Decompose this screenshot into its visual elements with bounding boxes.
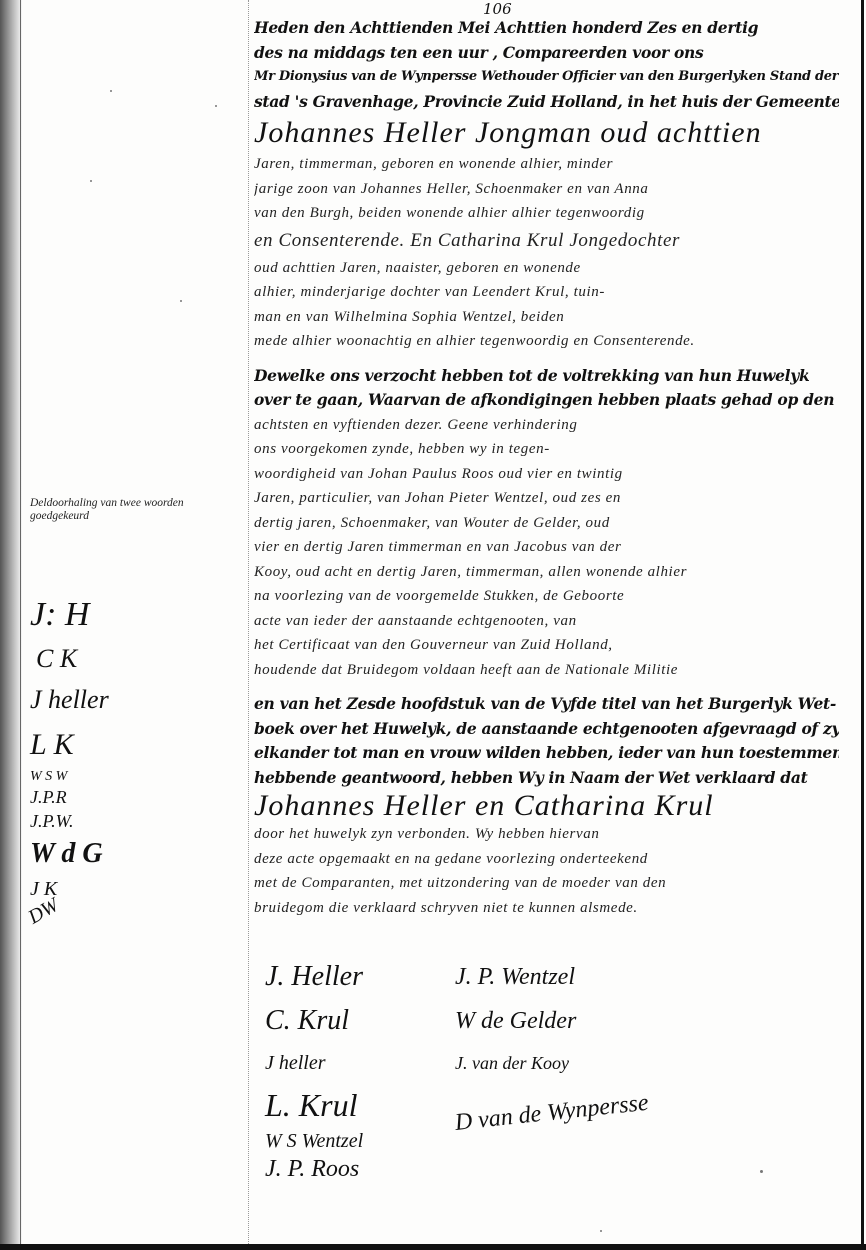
record-line: het Certificaat van den Gouverneur van Z… <box>254 633 839 658</box>
binding-line <box>20 0 21 1250</box>
record-line: Mr Dionysius van de Wynpersse Wethouder … <box>254 65 839 90</box>
signatures-left-column: J. Heller C. Krul J heller L. Krul W S W… <box>265 955 363 1183</box>
page-bottom-edge <box>0 1244 866 1250</box>
record-line: met de Comparanten, met uitzondering van… <box>254 871 839 896</box>
margin-initial: J.P.W. <box>30 808 150 834</box>
record-line: oud achttien Jaren, naaister, geboren en… <box>254 256 839 281</box>
record-line: acte van ieder der aanstaande echtgenoot… <box>254 609 839 634</box>
witness-line: Kooy, oud acht en dertig Jaren, timmerma… <box>254 560 839 585</box>
margin-rule <box>248 0 250 1250</box>
page-right-edge <box>861 0 864 1250</box>
scan-speck <box>110 90 112 92</box>
record-line: jarige zoon van Johannes Heller, Schoenm… <box>254 177 839 202</box>
record-line: man en van Wilhelmina Sophia Wentzel, be… <box>254 305 839 330</box>
margin-initial: L K <box>30 722 150 768</box>
record-line: Dewelke ons verzocht hebben tot de voltr… <box>254 364 839 389</box>
record-line: elkander tot man en vrouw wilden hebben,… <box>254 741 839 766</box>
record-line: van den Burgh, beiden wonende alhier alh… <box>254 201 839 226</box>
record-line: houdende dat Bruidegom voldaan heeft aan… <box>254 658 839 683</box>
signature-bride: C. Krul <box>265 999 363 1043</box>
signatures-right-column: J. P. Wentzel W de Gelder J. van der Koo… <box>455 955 649 1145</box>
margin-initial: J: H <box>30 590 150 640</box>
witness-line: dertig jaren, Schoenmaker, van Wouter de… <box>254 511 839 536</box>
marriage-record-text: Heden den Achttienden Mei Achttien honde… <box>254 10 839 920</box>
signature-bride-father: L. Krul <box>265 1083 363 1127</box>
margin-deletion-note: Deldoorhaling van twee woorden goedgekeu… <box>30 497 220 523</box>
witness-line: Jaren, particulier, van Johan Pieter Wen… <box>254 486 839 511</box>
scan-speck <box>180 300 182 302</box>
page-binding-shadow <box>0 0 22 1250</box>
couple-names-line: Johannes Heller en Catharina Krul <box>254 790 839 822</box>
record-line: na voorlezing van de voorgemelde Stukken… <box>254 584 839 609</box>
record-line: deze acte opgemaakt en na gedane voorlez… <box>254 847 839 872</box>
register-page: 106 Heden den Achttienden Mei Achttien h… <box>0 0 866 1250</box>
margin-initial: J heller <box>30 678 150 722</box>
record-line: Jaren, timmerman, geboren en wonende alh… <box>254 152 839 177</box>
record-line: hebbende geantwoord, hebben Wy in Naam d… <box>254 766 839 791</box>
margin-initial: W S W <box>30 768 150 786</box>
signature-bride-mother: W S Wentzel <box>265 1127 363 1155</box>
margin-initials: J: H C K J heller L K W S W J.P.R J.P.W.… <box>30 590 150 934</box>
signature-block: J. Heller C. Krul J heller L. Krul W S W… <box>265 955 725 1215</box>
signature-witness-van-der-kooy: J. van der Kooy <box>455 1043 649 1083</box>
record-line: over te gaan, Waarvan de afkondigingen h… <box>254 388 839 413</box>
record-line: des na middags ten een uur , Compareerde… <box>254 41 839 66</box>
witness-line: woordigheid van Johan Paulus Roos oud vi… <box>254 462 839 487</box>
scan-speck <box>90 180 92 182</box>
record-line: boek over het Huwelyk, de aanstaande ech… <box>254 717 839 742</box>
signature-registrar: D van de Wynpersse <box>453 1081 651 1145</box>
signature-witness-roos: J. P. Roos <box>265 1155 363 1183</box>
record-line: stad 's Gravenhage, Provincie Zuid Holla… <box>254 90 839 115</box>
record-line: achtsten en vyftienden dezer. Geene verh… <box>254 413 839 438</box>
record-line: bruidegom die verklaard schryven niet te… <box>254 896 839 921</box>
record-line: mede alhier woonachtig en alhier tegenwo… <box>254 329 839 354</box>
groom-name-line: Johannes Heller Jongman oud achttien <box>254 114 839 152</box>
bride-name-line: en Consenterende. En Catharina Krul Jong… <box>254 226 839 256</box>
witness-line: vier en dertig Jaren timmerman en van Ja… <box>254 535 839 560</box>
record-line: en van het Zesde hoofdstuk van de Vyfde … <box>254 692 839 717</box>
record-line: alhier, minderjarige dochter van Leender… <box>254 280 839 305</box>
signature-groom: J. Heller <box>265 955 363 999</box>
scan-speck <box>600 1230 602 1232</box>
record-line: door het huwelyk zyn verbonden. Wy hebbe… <box>254 822 839 847</box>
scan-speck <box>760 1170 763 1173</box>
record-line: Heden den Achttienden Mei Achttien honde… <box>254 16 839 41</box>
margin-initial: J.P.R <box>30 786 150 808</box>
record-line: ons voorgekomen zynde, hebben wy in tege… <box>254 437 839 462</box>
signature-groom-father: J heller <box>265 1043 363 1083</box>
margin-initial: C K <box>30 640 150 678</box>
signature-witness-wentzel: J. P. Wentzel <box>455 955 649 999</box>
signature-witness-de-gelder: W de Gelder <box>455 999 649 1043</box>
scan-speck <box>215 105 217 107</box>
